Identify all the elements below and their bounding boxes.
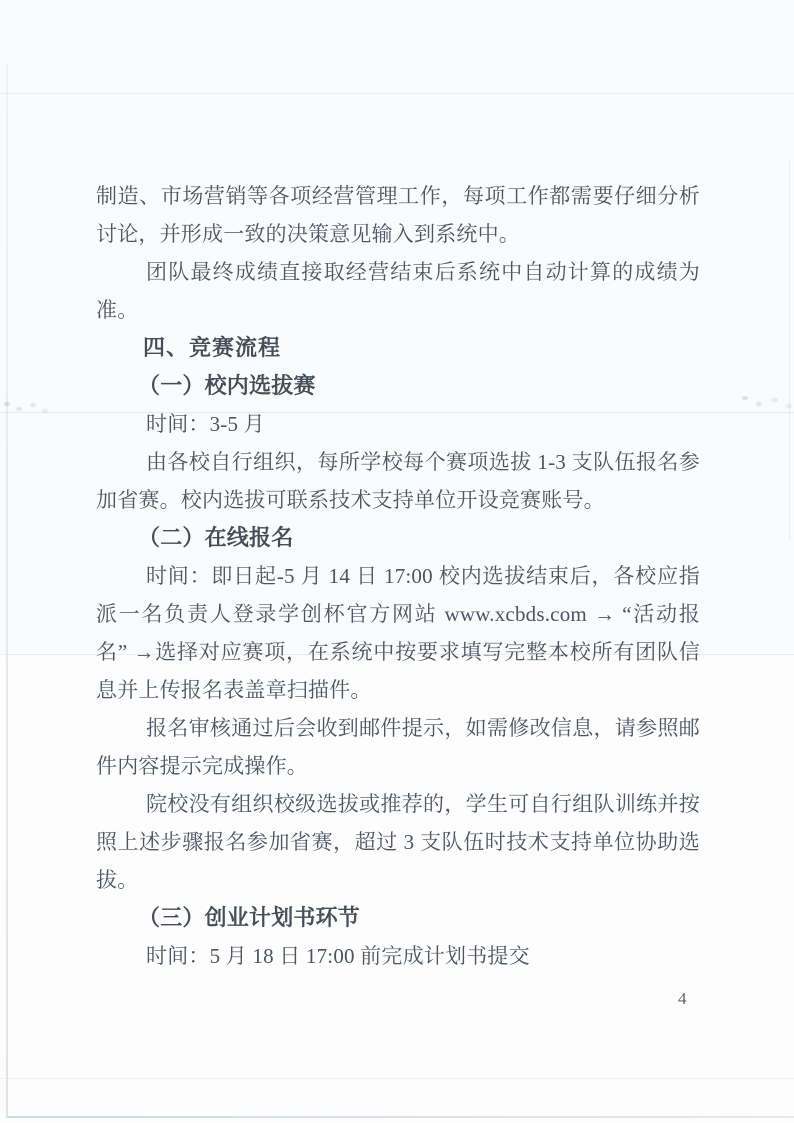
text-line: 拔。 (96, 861, 700, 899)
text-line: 时间：3-5 月 (96, 405, 700, 443)
scan-smudge-right (742, 396, 748, 400)
scan-stitch-band-1 (0, 93, 794, 94)
document-body: 制造、市场营销等各项经营管理工作，每项工作都需要仔细分析讨论，并形成一致的决策意… (96, 177, 700, 975)
scan-bottom-edge-line (8, 1116, 794, 1118)
text-line: 加省赛。校内选拔可联系技术支持单位开设竞赛账号。 (96, 481, 700, 519)
scan-stitch-band-4 (0, 1078, 794, 1079)
scanned-document-page: { "page": { "number": "4", "background_t… (0, 0, 794, 1123)
text-line: 名” →选择对应赛项，在系统中按要求填写完整本校所有团队信 (96, 633, 700, 671)
paragraph-final-score: 团队最终成绩直接取经营结束后系统中自动计算的成绩为准。 (96, 253, 700, 329)
text-line: 团队最终成绩直接取经营结束后系统中自动计算的成绩为 (96, 253, 700, 291)
text-line: 院校没有组织校级选拔或推荐的，学生可自行组队训练并按 (96, 785, 700, 823)
text-line: 照上述步骤报名参加省赛，超过 3 支队伍时技术支持单位协助选 (96, 823, 700, 861)
paragraph-continuation: 制造、市场营销等各项经营管理工作，每项工作都需要仔细分析讨论，并形成一致的决策意… (96, 177, 700, 253)
subsection-heading-online-registration: （二）在线报名 (96, 519, 700, 557)
text-line: 准。 (96, 291, 700, 329)
text-line: 制造、市场营销等各项经营管理工作，每项工作都需要仔细分析 (96, 177, 700, 215)
text-line: 派一名负责人登录学创杯官方网站 www.xcbds.com → “活动报 (96, 595, 700, 633)
text-line: 息并上传报名表盖章扫描件。 (96, 671, 700, 709)
subsection-heading-business-plan: （三）创业计划书环节 (96, 899, 700, 937)
subsection-heading-school-selection: （一）校内选拔赛 (96, 367, 700, 405)
text-line: （二）在线报名 (96, 519, 700, 557)
page-number: 4 (678, 989, 687, 1009)
scan-smudge-left (4, 402, 10, 406)
text-line: 报名审核通过后会收到邮件提示，如需修改信息，请参照邮 (96, 709, 700, 747)
scan-left-edge-line (6, 64, 8, 1118)
scan-right-edge-line (789, 160, 790, 540)
text-line: 时间：即日起-5 月 14 日 17:00 校内选拔结束后，各校应指 (96, 557, 700, 595)
paragraph-no-school-selection: 院校没有组织校级选拔或推荐的，学生可自行组队训练并按照上述步骤报名参加省赛，超过… (96, 785, 700, 899)
paragraph-school-selection-detail: 由各校自行组织，每所学校每个赛项选拔 1-3 支队伍报名参加省赛。校内选拔可联系… (96, 443, 700, 519)
text-line: 件内容提示完成操作。 (96, 747, 700, 785)
text-line: 四、竞赛流程 (96, 329, 700, 367)
text-line: 讨论，并形成一致的决策意见输入到系统中。 (96, 215, 700, 253)
text-line: （三）创业计划书环节 (96, 899, 700, 937)
text-line: 由各校自行组织，每所学校每个赛项选拔 1-3 支队伍报名参 (96, 443, 700, 481)
section-heading-competition-process: 四、竞赛流程 (96, 329, 700, 367)
paragraph-school-selection-time: 时间：3-5 月 (96, 405, 700, 443)
paragraph-review-email: 报名审核通过后会收到邮件提示，如需修改信息，请参照邮件内容提示完成操作。 (96, 709, 700, 785)
text-line: 时间：5 月 18 日 17:00 前完成计划书提交 (96, 937, 700, 975)
text-line: （一）校内选拔赛 (96, 367, 700, 405)
paragraph-online-registration-detail: 时间：即日起-5 月 14 日 17:00 校内选拔结束后，各校应指派一名负责人… (96, 557, 700, 709)
paragraph-business-plan-time: 时间：5 月 18 日 17:00 前完成计划书提交 (96, 937, 700, 975)
